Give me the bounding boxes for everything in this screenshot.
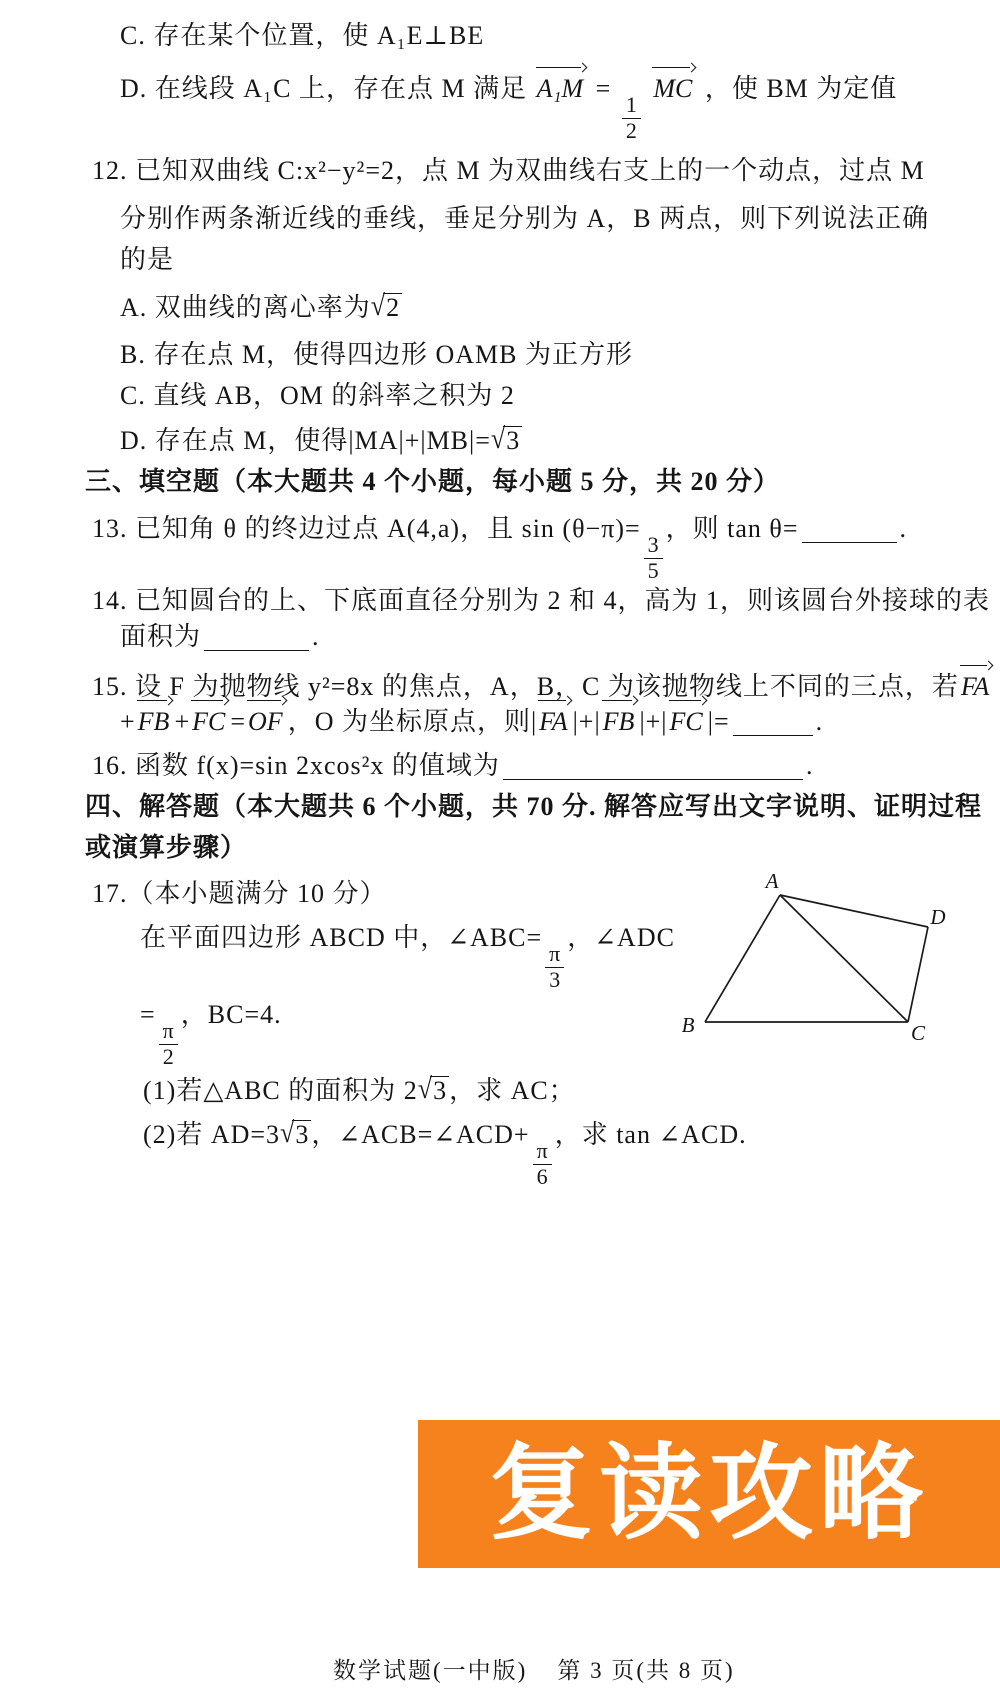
square-root: √3 xyxy=(491,425,522,458)
radicand: 3 xyxy=(292,1120,311,1148)
text-segment: 在平面四边形 ABCD 中，∠ABC= xyxy=(140,923,542,952)
q12-stem-line2: 分别作两条渐近线的垂线，垂足分别为 A，B 两点，则下列说法正确 xyxy=(120,203,929,236)
text-segment: 面积为 xyxy=(120,622,201,651)
text-segment: . xyxy=(900,514,908,543)
vertex-label-b: B xyxy=(682,1013,695,1037)
text-segment: ，求 tan ∠ACD. xyxy=(555,1120,747,1149)
answer-blank xyxy=(503,779,803,780)
text-segment: B. 存在点 M，使得四边形 OAMB 为正方形 xyxy=(120,340,633,369)
section-title: 四、解答题 xyxy=(85,792,220,821)
fraction-denominator: 3 xyxy=(545,967,564,993)
text-segment: ，O 为坐标原点，则| xyxy=(288,707,537,736)
text-segment: C. 直线 AB，OM 的斜率之积为 2 xyxy=(120,381,515,410)
text-segment: ，求 AC； xyxy=(449,1076,576,1105)
square-root: √3 xyxy=(418,1075,449,1108)
radical-sign: √ xyxy=(371,288,385,324)
radical-sign: √ xyxy=(418,1071,432,1107)
section-note: 或演算步骤） xyxy=(85,833,247,862)
text-segment: 17.（本小题满分 10 分） xyxy=(92,879,387,908)
vertex-label-d: D xyxy=(929,905,945,929)
equals-sign: = xyxy=(140,1000,156,1029)
text-segment: ，使 BM 为定值 xyxy=(705,74,897,103)
section4-heading-line1: 四、解答题（本大题共 6 个小题，共 70 分. 解答应写出文字说明、证明过程 xyxy=(85,791,982,824)
text-segment: A. 双曲线的离心率为 xyxy=(120,293,371,322)
diagonal-ac xyxy=(780,895,908,1022)
quadrilateral-abcd-figure: A B C D xyxy=(640,862,950,1052)
vector-fb: FB xyxy=(603,706,635,739)
q12-option-d: D. 存在点 M，使得|MA|+|MB|=√3 xyxy=(120,425,522,458)
text-segment: |+| xyxy=(639,707,667,736)
q14-line1: 14. 已知圆台的上、下底面直径分别为 2 和 4，高为 1，则该圆台外接球的表 xyxy=(92,585,990,618)
fraction-pi-thirds: π3 xyxy=(545,942,564,992)
equals-sign: = xyxy=(230,707,246,736)
text-segment: 分别作两条渐近线的垂线，垂足分别为 A，B 两点，则下列说法正确 xyxy=(120,204,929,233)
text-segment: |+| xyxy=(573,707,601,736)
text-segment: 14. 已知圆台的上、下底面直径分别为 2 和 4，高为 1，则该圆台外接球的表 xyxy=(92,586,990,615)
q13: 13. 已知角 θ 的终边过点 A(4,a)，且 sin (θ−π)=35，则 … xyxy=(92,513,907,583)
footer-page-number: 第 3 页(共 8 页) xyxy=(557,1658,734,1683)
fraction-three-fifths: 35 xyxy=(644,533,663,583)
fraction-denominator: 2 xyxy=(622,118,641,144)
q12-stem-line3: 的是 xyxy=(120,244,174,277)
radical-sign: √ xyxy=(280,1115,294,1151)
q16: 16. 函数 f(x)=sin 2xcos²x 的值域为. xyxy=(92,750,813,783)
radicand: 3 xyxy=(430,1076,449,1104)
section-note: （本大题共 4 个小题，每小题 5 分，共 20 分） xyxy=(220,467,780,496)
fraction-denominator: 5 xyxy=(644,558,663,584)
square-root: √3 xyxy=(280,1119,311,1152)
vertex-label-c: C xyxy=(911,1021,926,1045)
q12-option-b: B. 存在点 M，使得四边形 OAMB 为正方形 xyxy=(120,339,633,372)
fraction-numerator: π xyxy=(545,942,564,967)
q17-body-line1: 在平面四边形 ABCD 中，∠ABC=π3，∠ADC xyxy=(140,922,675,992)
q15-line2: +FB+FC=OF，O 为坐标原点，则|FA|+|FB|+|FC|=. xyxy=(120,706,823,739)
q14-line2: 面积为. xyxy=(120,621,320,654)
answer-blank xyxy=(802,542,897,543)
radicand: 2 xyxy=(383,293,402,321)
edge-ab xyxy=(705,895,780,1022)
answer-blank xyxy=(733,735,813,736)
q17-part1: (1)若△ABC 的面积为 2√3，求 AC； xyxy=(143,1075,576,1108)
text-segment: D. 在线段 A₁C 上，存在点 M 满足 xyxy=(120,74,527,103)
footer-doc-title: 数学试题(一中版) xyxy=(333,1658,527,1683)
vector-fc: FC xyxy=(192,706,225,739)
answer-blank xyxy=(204,650,309,651)
text-segment: . xyxy=(816,707,824,736)
q17-part2: (2)若 AD=3√3，∠ACB=∠ACD+π6，求 tan ∠ACD. xyxy=(143,1119,747,1189)
text-segment: 16. 函数 f(x)=sin 2xcos²x 的值域为 xyxy=(92,751,500,780)
fraction-numerator: π xyxy=(533,1139,552,1164)
edge-da xyxy=(780,895,928,927)
text-segment: . xyxy=(312,622,320,651)
vector-fa: FA xyxy=(961,671,989,704)
vector-fa: FA xyxy=(539,706,567,739)
plus-sign: + xyxy=(120,707,136,736)
text-segment: 的是 xyxy=(120,245,174,274)
q11-option-c: C. 存在某个位置，使 A₁E⊥BE xyxy=(120,20,484,53)
equals-sign: = xyxy=(596,74,612,103)
text-segment: |= xyxy=(708,707,730,736)
q17-body-line2: =π2，BC=4. xyxy=(140,999,282,1069)
section4-heading-line2: 或演算步骤） xyxy=(85,832,247,865)
fraction-denominator: 6 xyxy=(533,1164,552,1190)
vertex-label-a: A xyxy=(764,869,779,893)
fraction-denominator: 2 xyxy=(159,1044,178,1070)
q17-head: 17.（本小题满分 10 分） xyxy=(92,878,387,911)
text-segment: (2)若 AD=3 xyxy=(143,1120,280,1149)
text-segment: C. 存在某个位置，使 A₁E⊥BE xyxy=(120,21,484,50)
text-segment: ，则 tan θ= xyxy=(666,514,799,543)
fraction-numerator: 3 xyxy=(644,533,663,558)
vector-a1m: A₁M xyxy=(537,73,584,106)
fraction-pi-halves: π2 xyxy=(159,1019,178,1069)
fraction-pi-sixths: π6 xyxy=(533,1139,552,1189)
q11-option-d: D. 在线段 A₁C 上，存在点 M 满足 A₁M = 12 MC ，使 BM … xyxy=(120,73,897,143)
text-segment: 12. 已知双曲线 C:x²−y²=2，点 M 为双曲线右支上的一个动点，过点 … xyxy=(92,156,925,185)
promo-banner-text: 复读攻略 xyxy=(489,1442,929,1546)
vector-fb: FB xyxy=(138,706,170,739)
radical-sign: √ xyxy=(491,421,505,457)
section-title: 三、填空题 xyxy=(85,467,220,496)
section-note: （本大题共 6 个小题，共 70 分. 解答应写出文字说明、证明过程 xyxy=(220,792,982,821)
text-segment: . xyxy=(806,751,814,780)
vector-of: OF xyxy=(248,706,283,739)
fraction-one-half: 12 xyxy=(622,93,641,143)
q12-option-a: A. 双曲线的离心率为√2 xyxy=(120,292,402,325)
section3-heading: 三、填空题（本大题共 4 个小题，每小题 5 分，共 20 分） xyxy=(85,466,780,499)
square-root: √2 xyxy=(371,292,402,325)
q12-stem-line1: 12. 已知双曲线 C:x²−y²=2，点 M 为双曲线右支上的一个动点，过点 … xyxy=(92,155,925,188)
edge-cd xyxy=(908,927,928,1022)
fraction-numerator: 1 xyxy=(622,93,641,118)
radicand: 3 xyxy=(503,426,522,454)
q12-option-c: C. 直线 AB，OM 的斜率之积为 2 xyxy=(120,380,515,413)
text-segment: 13. 已知角 θ 的终边过点 A(4,a)，且 sin (θ−π)= xyxy=(92,514,641,543)
promo-banner: 复读攻略 xyxy=(418,1420,1000,1568)
vector-fc: FC xyxy=(670,706,703,739)
plus-sign: + xyxy=(174,707,190,736)
page-footer: 数学试题(一中版)第 3 页(共 8 页) xyxy=(333,1652,735,1685)
text-segment: ，BC=4. xyxy=(181,1000,282,1029)
text-segment: ，∠ACB=∠ACD+ xyxy=(311,1120,529,1149)
text-segment: D. 存在点 M，使得|MA|+|MB|= xyxy=(120,426,491,455)
text-segment: (1)若△ABC 的面积为 2 xyxy=(143,1076,418,1105)
vector-mc: MC xyxy=(653,73,692,106)
fraction-numerator: π xyxy=(159,1019,178,1044)
